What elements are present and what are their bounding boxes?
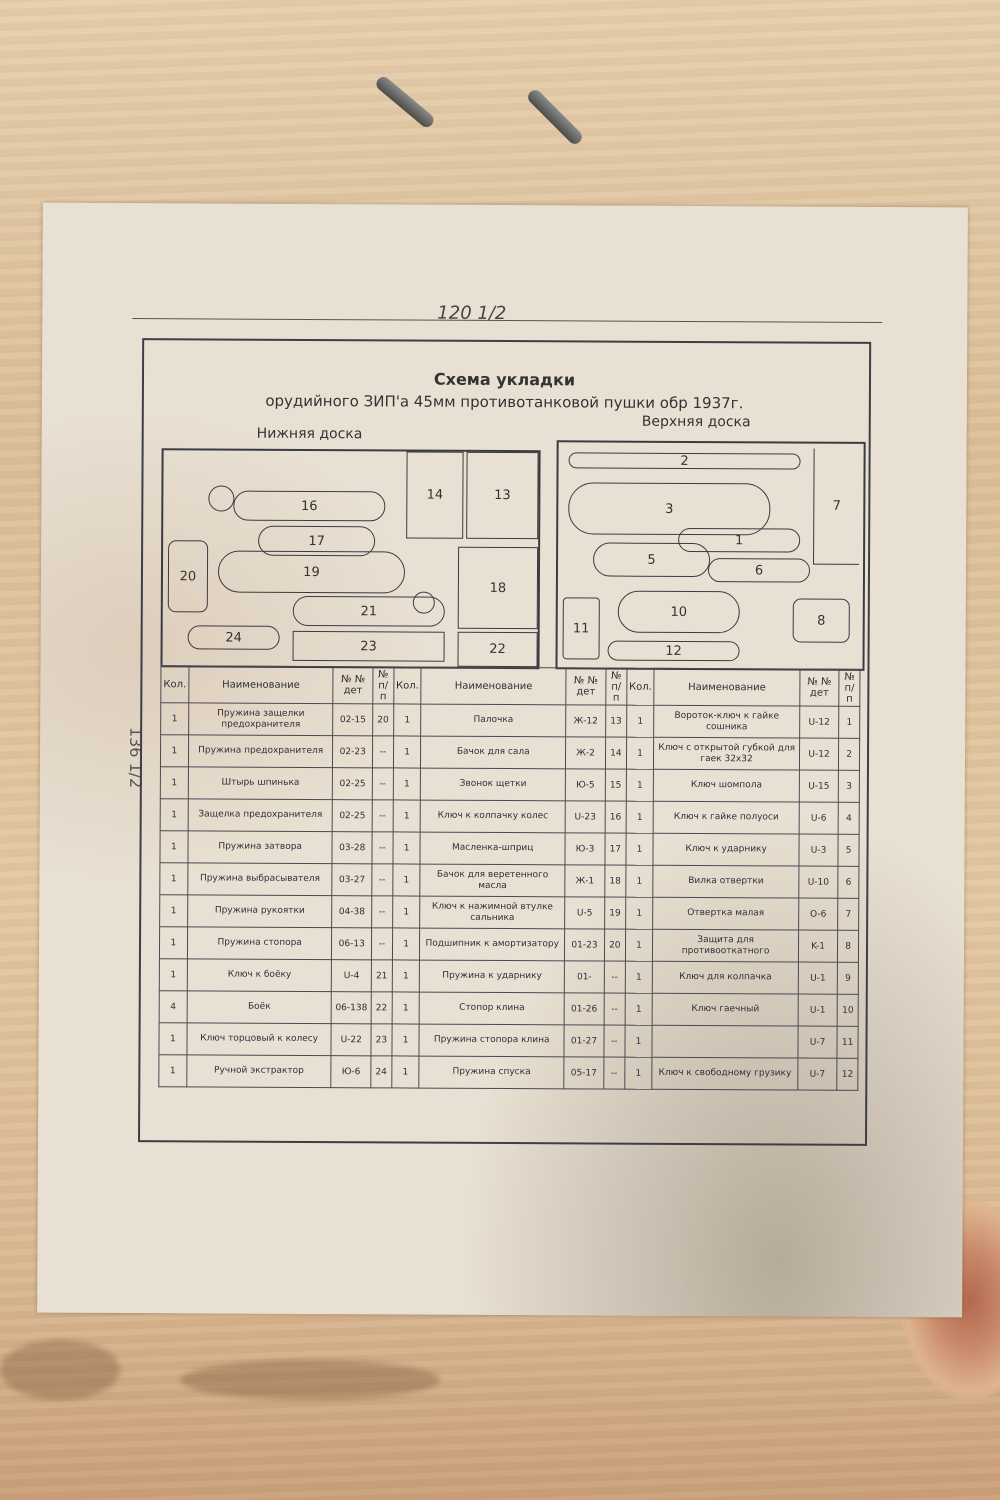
cell-name: Ключ к гайке полуоси xyxy=(654,801,799,834)
header-num: № п/п xyxy=(839,669,860,706)
cell-num: -- xyxy=(372,768,393,800)
table-header: Кол. Наименование № № дет № п/п Кол. Наи… xyxy=(161,666,860,707)
cell-qty: 1 xyxy=(160,831,188,863)
cell-name: Пружина к ударнику xyxy=(420,960,565,993)
part: 22 xyxy=(457,632,537,667)
cell-name: Звонок щетки xyxy=(421,768,566,801)
cell-qty: 1 xyxy=(160,767,188,799)
cell-num: 1 xyxy=(839,706,860,738)
cell-qty: 4 xyxy=(159,991,187,1023)
table-row: 1Пружина предохранителя02-23--1Бачок для… xyxy=(160,735,859,771)
header-name: Наименование xyxy=(421,667,566,705)
cell-qty: 1 xyxy=(626,833,654,865)
cell-code: K-1 xyxy=(798,930,838,962)
cell-qty: 1 xyxy=(159,959,187,991)
cell-name: Вороток-ключ к гайке сошника xyxy=(654,705,799,738)
cell-name: Пружина рукоятки xyxy=(187,895,332,928)
cell-num: 8 xyxy=(838,930,859,962)
header-name: Наименование xyxy=(654,668,800,706)
cell-name: Пружина стопора клина xyxy=(419,1024,564,1057)
cell-name: Палочка xyxy=(421,704,566,737)
cell-name: Пружина предохранителя xyxy=(188,735,333,768)
header-code: № № дет xyxy=(800,669,840,706)
cell-num: 9 xyxy=(838,962,859,994)
table-row: 1Ручной экстракторЮ-6241Пружина спуска05… xyxy=(159,1055,858,1091)
cell-qty: 1 xyxy=(626,801,654,833)
cell-num: 17 xyxy=(605,833,626,865)
cell-num: -- xyxy=(604,961,625,993)
cell-num: 22 xyxy=(371,992,392,1024)
header-code: № № дет xyxy=(333,667,373,704)
cell-num: 16 xyxy=(605,801,626,833)
part: 8 xyxy=(793,599,850,643)
cell-num: 15 xyxy=(605,769,626,801)
table-row: 1Пружина затвора03-28--1Масленка-шприцЮ-… xyxy=(160,831,859,867)
cell-qty: 1 xyxy=(626,705,654,737)
cell-qty: 1 xyxy=(392,1024,420,1056)
header-qty: Кол. xyxy=(393,667,421,704)
part: 14 xyxy=(406,451,463,538)
cell-num: -- xyxy=(371,928,392,960)
header-num: № п/п xyxy=(606,668,627,705)
cell-num: 3 xyxy=(839,770,860,802)
cell-code: U-3 xyxy=(799,834,839,866)
cell-num: -- xyxy=(372,736,393,768)
header-num: № п/п xyxy=(373,667,394,704)
cell-qty: 1 xyxy=(392,960,420,992)
table-row: 1Пружина рукоятки04-38--1Ключ к нажимной… xyxy=(160,895,859,931)
cell-qty: 1 xyxy=(392,896,420,928)
part: 20 xyxy=(168,540,208,612)
part: 2 xyxy=(569,452,801,469)
cell-name: Ручной экстрактор xyxy=(187,1055,332,1088)
cell-num: 6 xyxy=(838,866,859,898)
cell-num: 13 xyxy=(606,705,627,737)
cell-qty: 1 xyxy=(625,1025,653,1057)
cell-num: 20 xyxy=(373,704,394,736)
cell-code: U-15 xyxy=(799,770,839,802)
cell-name: Ключ торцовый к колесу xyxy=(187,1023,332,1056)
cell-qty: 1 xyxy=(625,897,653,929)
cell-name: Пружина стопора xyxy=(187,927,332,960)
cell-qty: 1 xyxy=(393,704,421,736)
cell-qty: 1 xyxy=(626,737,654,769)
header-qty: Кол. xyxy=(161,666,189,703)
part: 6 xyxy=(708,558,810,583)
cell-code: U-10 xyxy=(799,866,839,898)
cell-code: U-23 xyxy=(565,801,605,833)
cell-name: Штырь шпинька xyxy=(188,767,333,800)
document-sheet: 120 1/2 136 1/2 Схема укладки орудийного… xyxy=(37,203,968,1318)
cell-qty: 1 xyxy=(392,928,420,960)
part: 13 xyxy=(466,452,538,539)
upper-board-label: Верхняя доска xyxy=(642,414,751,431)
cell-qty: 1 xyxy=(159,1023,187,1055)
cell-num: 10 xyxy=(837,994,858,1026)
cell-num: 7 xyxy=(838,898,859,930)
cell-code: U-1 xyxy=(798,962,838,994)
part: 18 xyxy=(458,547,538,629)
part: 23 xyxy=(293,631,445,662)
cell-name: Ключ к свободному грузику xyxy=(652,1057,797,1090)
cell-qty: 1 xyxy=(161,703,189,735)
cell-name: Защелка предохранителя xyxy=(188,799,333,832)
cell-num: 14 xyxy=(605,737,626,769)
table-row: 1Пружина выбрасывателя03-27--1Бачок для … xyxy=(160,863,859,899)
table-row: 1Пружина стопора06-13--1Подшипник к амор… xyxy=(159,927,858,963)
cell-code: U-7 xyxy=(797,1058,837,1090)
cell-code: 01-27 xyxy=(564,1025,604,1057)
cell-num: 21 xyxy=(371,960,392,992)
cell-code: U-6 xyxy=(799,802,839,834)
lower-board-label: Нижняя доска xyxy=(257,426,363,443)
cell-num: 5 xyxy=(838,834,859,866)
cell-num: 23 xyxy=(371,1024,392,1056)
wood-stain xyxy=(180,1360,440,1400)
cell-code: 02-25 xyxy=(333,768,373,800)
lower-board: 16 17 19 21 23 24 20 14 13 18 22 xyxy=(160,448,540,669)
cell-code: O-6 xyxy=(798,898,838,930)
part: 19 xyxy=(218,551,405,594)
cell-name: Ключ шомпола xyxy=(654,769,799,802)
cell-name: Масленка-шприц xyxy=(420,832,565,865)
cell-name: Ключ к колпачку колес xyxy=(421,800,566,833)
cell-code: 01-26 xyxy=(564,993,604,1025)
cell-num: -- xyxy=(604,993,625,1025)
cell-num: 2 xyxy=(839,738,860,770)
cell-qty: 1 xyxy=(159,927,187,959)
part: 10 xyxy=(618,591,740,634)
cell-qty: 1 xyxy=(160,735,188,767)
cell-name xyxy=(652,1025,797,1058)
cell-qty: 1 xyxy=(625,865,653,897)
cell-code: 06-138 xyxy=(332,992,372,1024)
table-row: 1Защелка предохранителя02-25--1Ключ к ко… xyxy=(160,799,859,835)
cell-name: Ключ к ударнику xyxy=(653,833,798,866)
cell-code: Ю-6 xyxy=(331,1056,371,1088)
cell-code: U-12 xyxy=(799,738,839,770)
cell-qty: 1 xyxy=(393,832,421,864)
cell-num: 24 xyxy=(371,1056,392,1088)
cell-qty: 1 xyxy=(160,895,188,927)
part: 11 xyxy=(563,597,600,659)
table-row: 1Ключ торцовый к колесуU-22231Пружина ст… xyxy=(159,1023,858,1059)
cell-code: U-22 xyxy=(331,1024,371,1056)
table-row: 4Боёк06-138221Стопор клина01-26--1Ключ г… xyxy=(159,991,858,1027)
table-row: 1Пружина защелки предохранителя02-15201П… xyxy=(161,703,860,739)
cell-name: Бачок для веретенного масла xyxy=(420,864,565,897)
cell-qty: 1 xyxy=(393,800,421,832)
parts-table: Кол. Наименование № № дет № п/п Кол. Наи… xyxy=(158,665,860,1091)
cell-name: Ключ к боёку xyxy=(187,959,332,992)
cell-num: 18 xyxy=(605,865,626,897)
cell-name: Пружина затвора xyxy=(188,831,333,864)
cell-code: 01- xyxy=(564,961,604,993)
cell-name: Ключ с открытой губкой для гаек 32х32 xyxy=(654,737,799,770)
cell-qty: 1 xyxy=(159,1055,187,1087)
cell-code: Ж-12 xyxy=(566,705,606,737)
dimension-top: 120 1/2 xyxy=(437,303,506,324)
cell-num: 11 xyxy=(837,1026,858,1058)
cell-code: U-7 xyxy=(798,1026,838,1058)
cell-name: Ключ для колпачка xyxy=(653,961,798,994)
cell-qty: 1 xyxy=(391,1056,419,1088)
cell-num: -- xyxy=(372,896,393,928)
cell-name: Пружина защелки предохранителя xyxy=(188,703,333,736)
cell-qty: 1 xyxy=(392,864,420,896)
cell-qty: 1 xyxy=(392,992,420,1024)
cell-code: U-4 xyxy=(332,960,372,992)
cell-num: 19 xyxy=(605,897,626,929)
header-name: Наименование xyxy=(189,666,334,704)
table-row: 1Штырь шпинька02-25--1Звонок щеткиЮ-5151… xyxy=(160,767,859,803)
cell-qty: 1 xyxy=(625,961,653,993)
cell-code: 02-15 xyxy=(333,704,373,736)
table-row: 1Ключ к боёкуU-4211Пружина к ударнику01-… xyxy=(159,959,858,995)
cell-qty: 1 xyxy=(625,929,653,961)
part: 16 xyxy=(233,491,385,522)
cell-qty: 1 xyxy=(626,769,654,801)
cell-name: Ключ к нажимной втулке сальника xyxy=(420,896,565,929)
cell-code: Ю-5 xyxy=(565,769,605,801)
cell-num: 12 xyxy=(837,1058,858,1090)
cell-name: Защита для противооткатного xyxy=(653,929,798,962)
cell-name: Ключ гаечный xyxy=(653,993,798,1026)
cell-num: -- xyxy=(372,800,393,832)
cell-code: 02-23 xyxy=(333,736,373,768)
cell-code: Ю-3 xyxy=(565,833,605,865)
cell-num: 20 xyxy=(604,929,625,961)
cell-name: Вилка отвертки xyxy=(653,865,798,898)
header-qty: Кол. xyxy=(626,668,654,705)
cell-name: Бачок для сала xyxy=(421,736,566,769)
cell-code: U-1 xyxy=(798,994,838,1026)
cell-code: 03-28 xyxy=(332,832,372,864)
cell-num: -- xyxy=(604,1025,625,1057)
hole xyxy=(413,592,435,614)
part: 12 xyxy=(608,641,740,662)
cell-qty: 1 xyxy=(624,1057,652,1089)
cell-name: Пружина выбрасывателя xyxy=(188,863,333,896)
wood-stain xyxy=(0,1340,120,1400)
cell-qty: 1 xyxy=(625,993,653,1025)
cell-code: U-12 xyxy=(799,706,839,738)
dimension-line xyxy=(132,318,882,323)
cell-qty: 1 xyxy=(160,799,188,831)
upper-board: 2 3 5 1 6 10 12 11 8 7 xyxy=(555,440,865,671)
cell-code: 02-25 xyxy=(333,800,373,832)
cell-code: 01-23 xyxy=(564,929,604,961)
cell-num: -- xyxy=(372,864,393,896)
cell-num: 4 xyxy=(838,802,859,834)
cell-name: Отвертка малая xyxy=(653,897,798,930)
part: 1 xyxy=(678,528,800,553)
cell-qty: 1 xyxy=(160,863,188,895)
cell-code: 04-38 xyxy=(332,896,372,928)
cell-code: 05-17 xyxy=(564,1057,604,1089)
cell-qty: 1 xyxy=(393,736,421,768)
cell-code: Ж-1 xyxy=(565,865,605,897)
header-code: № № дет xyxy=(566,668,606,705)
cell-name: Подшипник к амортизатору xyxy=(420,928,565,961)
part: 7 xyxy=(813,449,860,565)
cell-num: -- xyxy=(372,832,393,864)
cell-num: -- xyxy=(604,1057,625,1089)
cell-name: Пружина спуска xyxy=(419,1056,564,1089)
cell-name: Боёк xyxy=(187,991,332,1024)
cell-qty: 1 xyxy=(393,768,421,800)
part: 24 xyxy=(188,625,280,649)
hole xyxy=(208,485,234,511)
cell-code: Ж-2 xyxy=(565,737,605,769)
cell-code: 06-13 xyxy=(332,928,372,960)
cell-code: 03-27 xyxy=(332,864,372,896)
cell-name: Стопор клина xyxy=(420,992,565,1025)
cell-code: U-5 xyxy=(565,897,605,929)
